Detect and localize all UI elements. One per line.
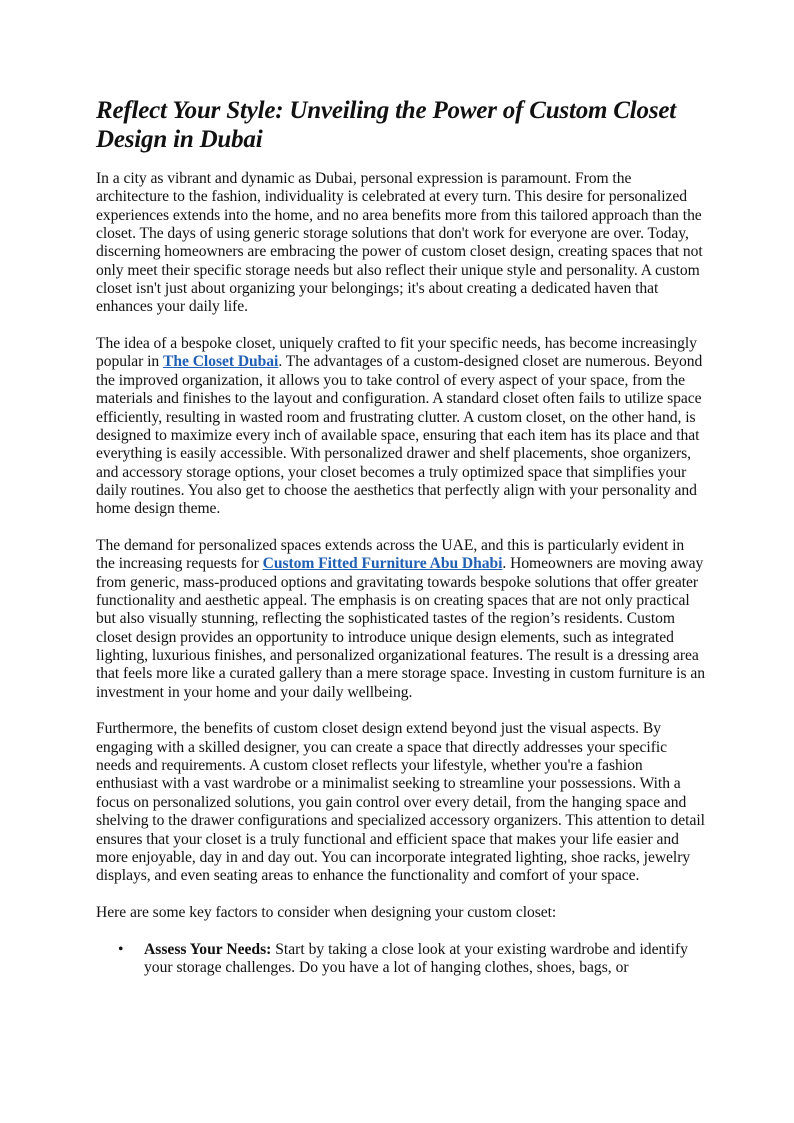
- custom-fitted-furniture-link[interactable]: Custom Fitted Furniture Abu Dhabi: [263, 555, 503, 572]
- page-title: Reflect Your Style: Unveiling the Power …: [96, 96, 706, 154]
- paragraph-text: . The advantages of a custom-designed cl…: [96, 353, 702, 517]
- paragraph-benefits: Furthermore, the benefits of custom clos…: [96, 720, 706, 885]
- paragraph-uae-demand: The demand for personalized spaces exten…: [96, 537, 706, 702]
- key-factors-list: •Assess Your Needs: Start by taking a cl…: [96, 941, 706, 978]
- list-item: •Assess Your Needs: Start by taking a cl…: [96, 941, 706, 978]
- bullet-icon: •: [118, 941, 123, 959]
- paragraph-text: . Homeowners are moving away from generi…: [96, 555, 705, 700]
- paragraph-key-factors-intro: Here are some key factors to consider wh…: [96, 904, 706, 922]
- document-page: Reflect Your Style: Unveiling the Power …: [96, 96, 706, 977]
- paragraph-intro: In a city as vibrant and dynamic as Duba…: [96, 170, 706, 317]
- paragraph-bespoke: The idea of a bespoke closet, uniquely c…: [96, 335, 706, 518]
- list-item-heading: Assess Your Needs:: [144, 941, 271, 958]
- the-closet-dubai-link[interactable]: The Closet Dubai: [163, 353, 278, 370]
